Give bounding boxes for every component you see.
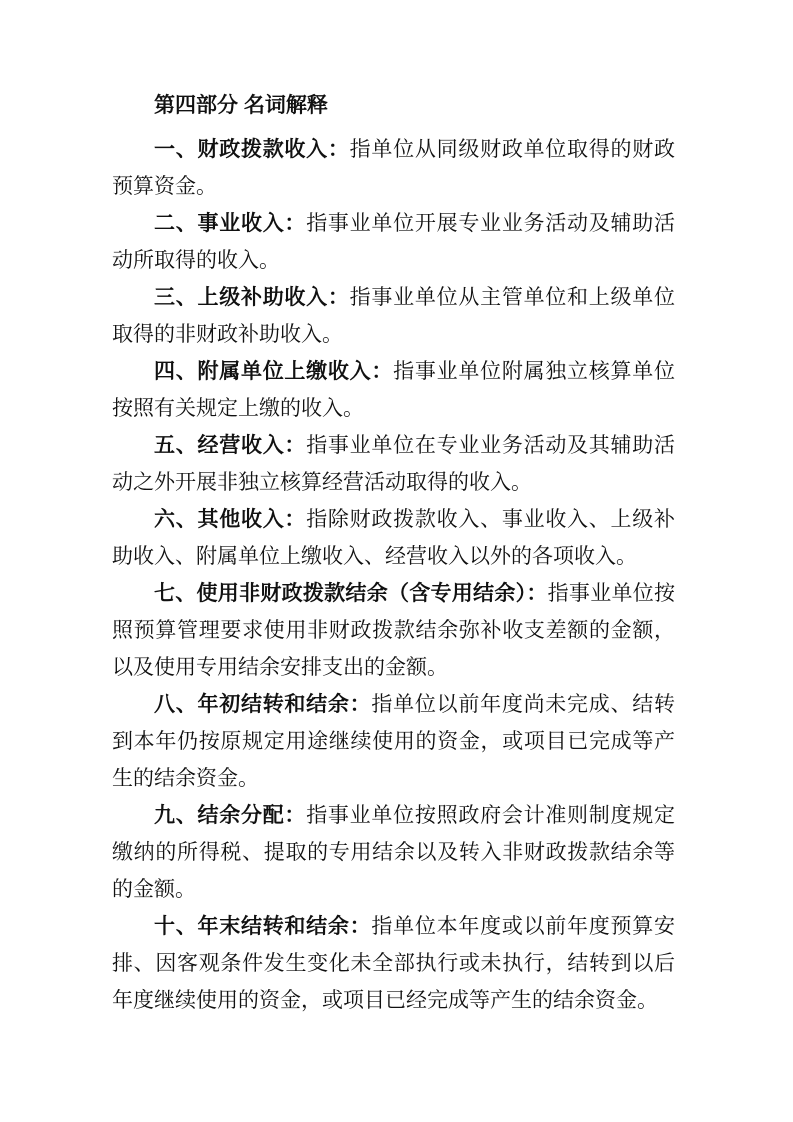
term-label: 九、结余分配：	[154, 804, 306, 827]
term-label: 十、年末结转和结余：	[154, 915, 371, 938]
definition-item: 十、年末结转和结余：指单位本年度或以前年度预算安排、因客观条件发生变化未全部执行…	[112, 908, 675, 1019]
term-label: 七、使用非财政拨款结余（含专用结余）：	[154, 582, 548, 605]
term-label: 三、上级补助收入：	[154, 286, 350, 309]
term-label: 一、财政拨款收入：	[154, 138, 350, 161]
section-heading: 第四部分 名词解释	[112, 87, 675, 124]
definition-item: 七、使用非财政拨款结余（含专用结余）：指事业单位按照预算管理要求使用非财政拨款结…	[112, 575, 675, 686]
document-page: 第四部分 名词解释 一、财政拨款收入：指单位从同级财政单位取得的财政预算资金。 …	[0, 0, 793, 1122]
term-label: 八、年初结转和结余：	[154, 693, 371, 716]
definition-item: 四、附属单位上缴收入：指事业单位附属独立核算单位按照有关规定上缴的收入。	[112, 353, 675, 427]
definition-item: 三、上级补助收入：指事业单位从主管单位和上级单位取得的非财政补助收入。	[112, 279, 675, 353]
term-label: 四、附属单位上缴收入：	[154, 360, 393, 383]
term-label: 六、其他收入：	[154, 508, 306, 531]
term-label: 二、事业收入：	[154, 212, 306, 235]
definition-item: 六、其他收入：指除财政拨款收入、事业收入、上级补助收入、附属单位上缴收入、经营收…	[112, 501, 675, 575]
definition-item: 五、经营收入：指事业单位在专业业务活动及其辅助活动之外开展非独立核算经营活动取得…	[112, 427, 675, 501]
definition-item: 八、年初结转和结余：指单位以前年度尚未完成、结转到本年仍按原规定用途继续使用的资…	[112, 686, 675, 797]
definition-item: 九、结余分配：指事业单位按照政府会计准则制度规定缴纳的所得税、提取的专用结余以及…	[112, 797, 675, 908]
definition-item: 二、事业收入：指事业单位开展专业业务活动及辅助活动所取得的收入。	[112, 205, 675, 279]
term-label: 五、经营收入：	[154, 434, 306, 457]
document-content: 第四部分 名词解释 一、财政拨款收入：指单位从同级财政单位取得的财政预算资金。 …	[112, 87, 675, 1019]
definition-item: 一、财政拨款收入：指单位从同级财政单位取得的财政预算资金。	[112, 131, 675, 205]
